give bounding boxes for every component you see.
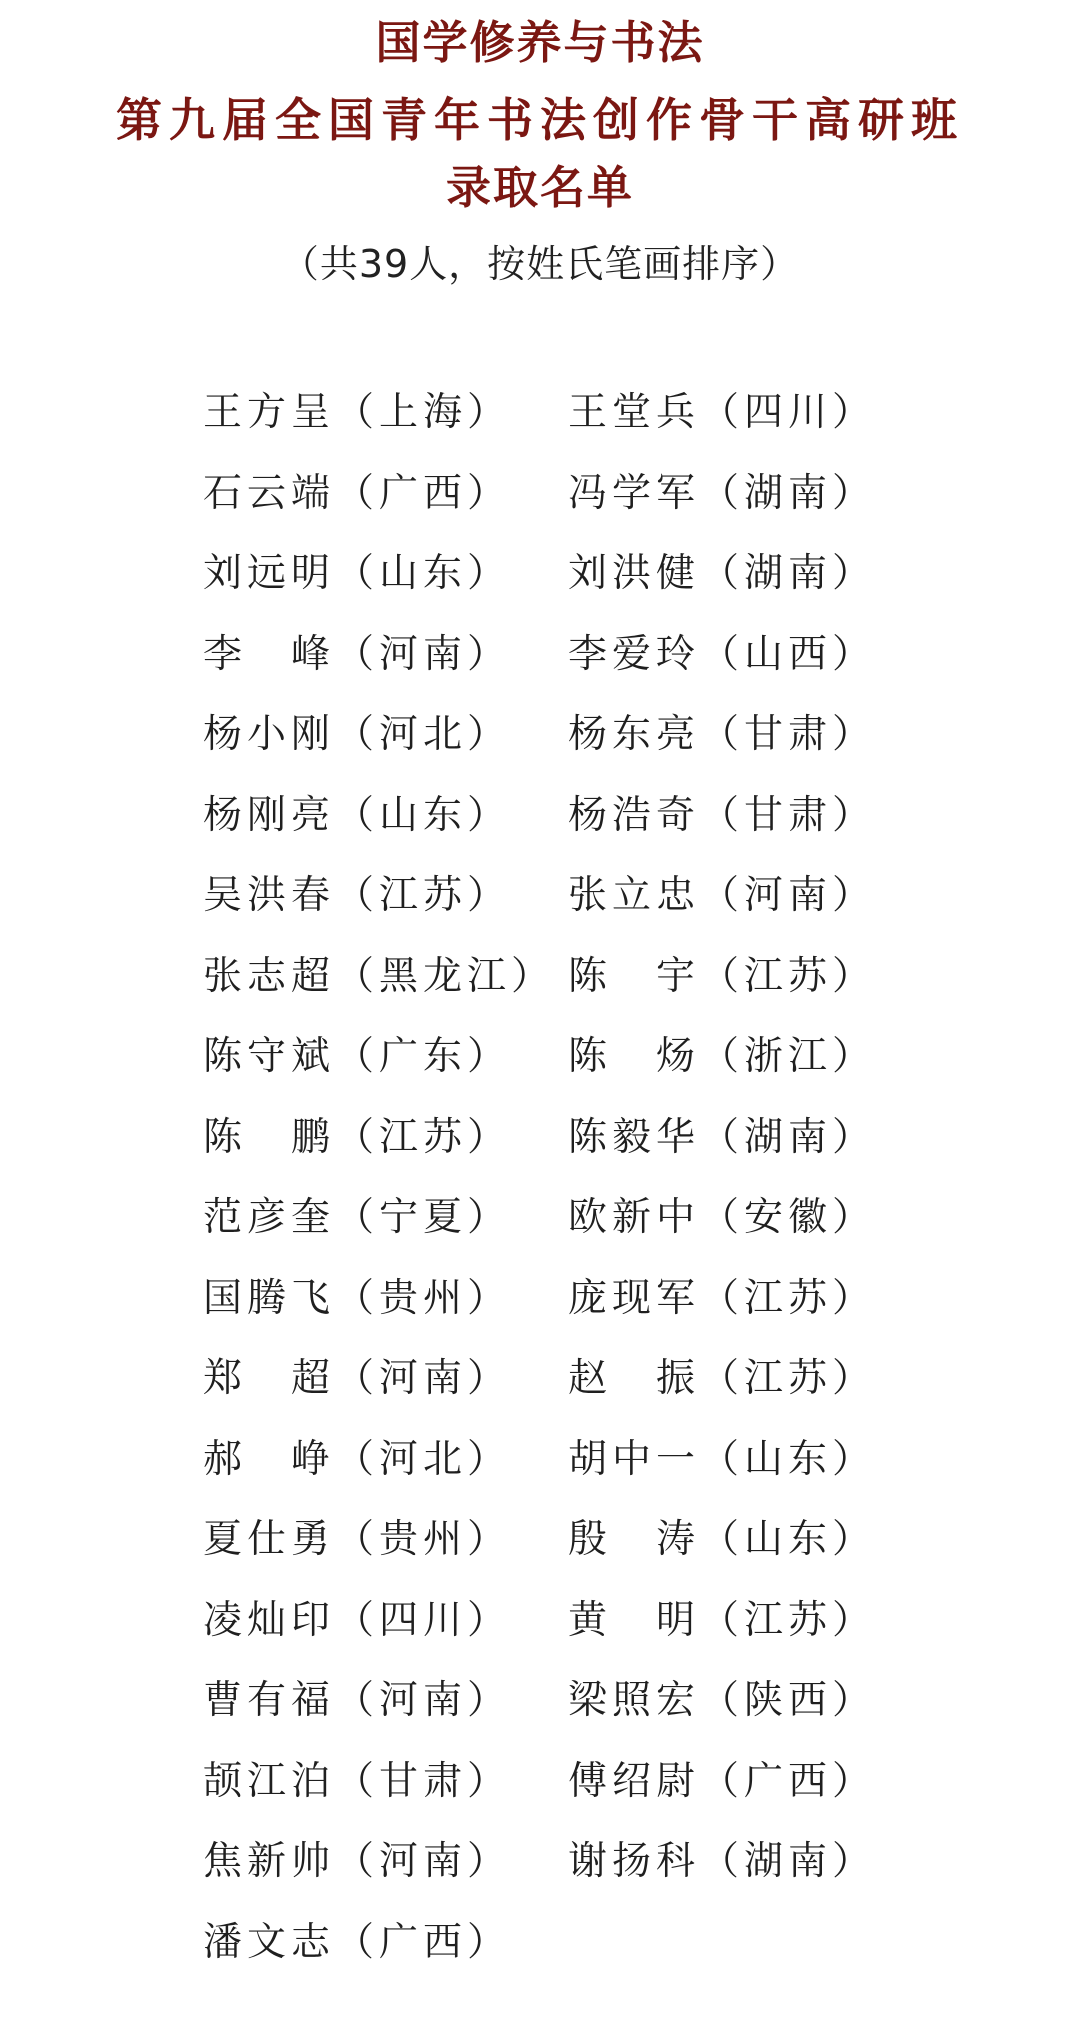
title-line-2: 第九届全国青年书法创作骨干高研班: [0, 97, 1080, 143]
person-name: 梁照宏: [568, 1681, 700, 1720]
list-item: 张志超（黑龙江）: [203, 957, 555, 996]
person-region: （广西）: [700, 1762, 876, 1801]
person-region: （河南）: [335, 635, 511, 674]
person-name: 李爱玲: [568, 635, 700, 674]
list-item: 曹有福（河南）: [203, 1681, 511, 1720]
list-item: 焦新帅（河南）: [203, 1842, 511, 1881]
person-name: 吴洪春: [203, 876, 335, 915]
person-region: （湖南）: [700, 1842, 876, 1881]
person-region: （山东）: [700, 1520, 876, 1559]
person-name: 陈 炀: [568, 1037, 700, 1076]
person-region: （河南）: [700, 876, 876, 915]
person-region: （湖南）: [700, 474, 876, 513]
person-name: 杨浩奇: [568, 796, 700, 835]
person-region: （江苏）: [700, 1359, 876, 1398]
person-name: 焦新帅: [203, 1842, 335, 1881]
person-name: 郝 峥: [203, 1440, 335, 1479]
person-name: 王方呈: [203, 393, 335, 432]
person-region: （山西）: [700, 635, 876, 674]
person-name: 凌灿印: [203, 1601, 335, 1640]
person-region: （黑龙江）: [335, 957, 555, 996]
list-item: 殷 涛（山东）: [568, 1520, 876, 1559]
list-item: 欧新中（安徽）: [568, 1198, 876, 1237]
list-item: 杨刚亮（山东）: [203, 796, 511, 835]
person-name: 王堂兵: [568, 393, 700, 432]
person-region: （甘肃）: [700, 715, 876, 754]
list-item: 王堂兵（四川）: [568, 393, 876, 432]
person-region: （浙江）: [700, 1037, 876, 1076]
person-name: 陈守斌: [203, 1037, 335, 1076]
person-region: （河南）: [335, 1681, 511, 1720]
person-region: （江苏）: [700, 957, 876, 996]
list-item: 吴洪春（江苏）: [203, 876, 511, 915]
person-name: 傅绍尉: [568, 1762, 700, 1801]
title-line-3: 录取名单: [0, 165, 1080, 210]
person-name: 潘文志: [203, 1923, 335, 1962]
person-name: 石云端: [203, 474, 335, 513]
person-region: （宁夏）: [335, 1198, 511, 1237]
list-item: 张立忠（河南）: [568, 876, 876, 915]
list-item: 庞现军（江苏）: [568, 1279, 876, 1318]
person-region: （河南）: [335, 1842, 511, 1881]
person-name: 杨小刚: [203, 715, 335, 754]
person-region: （上海）: [335, 393, 511, 432]
list-item: 杨小刚（河北）: [203, 715, 511, 754]
list-item: 陈守斌（广东）: [203, 1037, 511, 1076]
person-region: （贵州）: [335, 1520, 511, 1559]
person-name: 陈毅华: [568, 1118, 700, 1157]
list-item: 谢扬科（湖南）: [568, 1842, 876, 1881]
person-region: （江苏）: [335, 876, 511, 915]
person-name: 冯学军: [568, 474, 700, 513]
person-region: （贵州）: [335, 1279, 511, 1318]
person-name: 杨刚亮: [203, 796, 335, 835]
list-item: 李爱玲（山西）: [568, 635, 876, 674]
person-name: 范彦奎: [203, 1198, 335, 1237]
person-name: 陈 鹏: [203, 1118, 335, 1157]
list-item: 陈 宇（江苏）: [568, 957, 876, 996]
list-item: 冯学军（湖南）: [568, 474, 876, 513]
person-region: （陕西）: [700, 1681, 876, 1720]
person-region: （江苏）: [700, 1601, 876, 1640]
list-item: 刘远明（山东）: [203, 554, 511, 593]
person-region: （安徽）: [700, 1198, 876, 1237]
person-name: 国腾飞: [203, 1279, 335, 1318]
person-region: （湖南）: [700, 1118, 876, 1157]
person-name: 李 峰: [203, 635, 335, 674]
person-name: 刘洪健: [568, 554, 700, 593]
person-name: 杨东亮: [568, 715, 700, 754]
list-item: 石云端（广西）: [203, 474, 511, 513]
person-name: 殷 涛: [568, 1520, 700, 1559]
person-name: 张立忠: [568, 876, 700, 915]
person-name: 欧新中: [568, 1198, 700, 1237]
person-region: （广西）: [335, 1923, 511, 1962]
list-item: 傅绍尉（广西）: [568, 1762, 876, 1801]
list-item: 郑 超（河南）: [203, 1359, 511, 1398]
person-region: （湖南）: [700, 554, 876, 593]
person-region: （甘肃）: [335, 1762, 511, 1801]
list-item: 陈毅华（湖南）: [568, 1118, 876, 1157]
person-region: （山东）: [335, 796, 511, 835]
list-item: 胡中一（山东）: [568, 1440, 876, 1479]
person-region: （河北）: [335, 1440, 511, 1479]
list-item: 范彦奎（宁夏）: [203, 1198, 511, 1237]
subtitle: （共39人，按姓氏笔画排序）: [0, 245, 1080, 283]
person-region: （江苏）: [700, 1279, 876, 1318]
person-name: 庞现军: [568, 1279, 700, 1318]
person-name: 夏仕勇: [203, 1520, 335, 1559]
person-name: 胡中一: [568, 1440, 700, 1479]
person-name: 陈 宇: [568, 957, 700, 996]
person-region: （河南）: [335, 1359, 511, 1398]
list-item: 凌灿印（四川）: [203, 1601, 511, 1640]
person-region: （甘肃）: [700, 796, 876, 835]
person-region: （广西）: [335, 474, 511, 513]
person-region: （广东）: [335, 1037, 511, 1076]
person-region: （四川）: [335, 1601, 511, 1640]
list-item: 刘洪健（湖南）: [568, 554, 876, 593]
person-name: 赵 振: [568, 1359, 700, 1398]
list-item: 颉江泊（甘肃）: [203, 1762, 511, 1801]
person-name: 谢扬科: [568, 1842, 700, 1881]
person-name: 张志超: [203, 957, 335, 996]
list-item: 陈 鹏（江苏）: [203, 1118, 511, 1157]
person-name: 曹有福: [203, 1681, 335, 1720]
person-name: 郑 超: [203, 1359, 335, 1398]
list-item: 杨浩奇（甘肃）: [568, 796, 876, 835]
list-item: 杨东亮（甘肃）: [568, 715, 876, 754]
list-item: 赵 振（江苏）: [568, 1359, 876, 1398]
person-name: 黄 明: [568, 1601, 700, 1640]
title-line-1: 国学修养与书法: [0, 20, 1080, 65]
person-name: 刘远明: [203, 554, 335, 593]
list-item: 郝 峥（河北）: [203, 1440, 511, 1479]
person-region: （山东）: [335, 554, 511, 593]
list-item: 王方呈（上海）: [203, 393, 511, 432]
list-item: 李 峰（河南）: [203, 635, 511, 674]
list-item: 国腾飞（贵州）: [203, 1279, 511, 1318]
person-region: （河北）: [335, 715, 511, 754]
list-item: 陈 炀（浙江）: [568, 1037, 876, 1076]
person-region: （山东）: [700, 1440, 876, 1479]
list-item: 梁照宏（陕西）: [568, 1681, 876, 1720]
person-region: （江苏）: [335, 1118, 511, 1157]
list-item: 黄 明（江苏）: [568, 1601, 876, 1640]
list-item: 潘文志（广西）: [203, 1923, 511, 1962]
list-item: 夏仕勇（贵州）: [203, 1520, 511, 1559]
person-name: 颉江泊: [203, 1762, 335, 1801]
person-region: （四川）: [700, 393, 876, 432]
